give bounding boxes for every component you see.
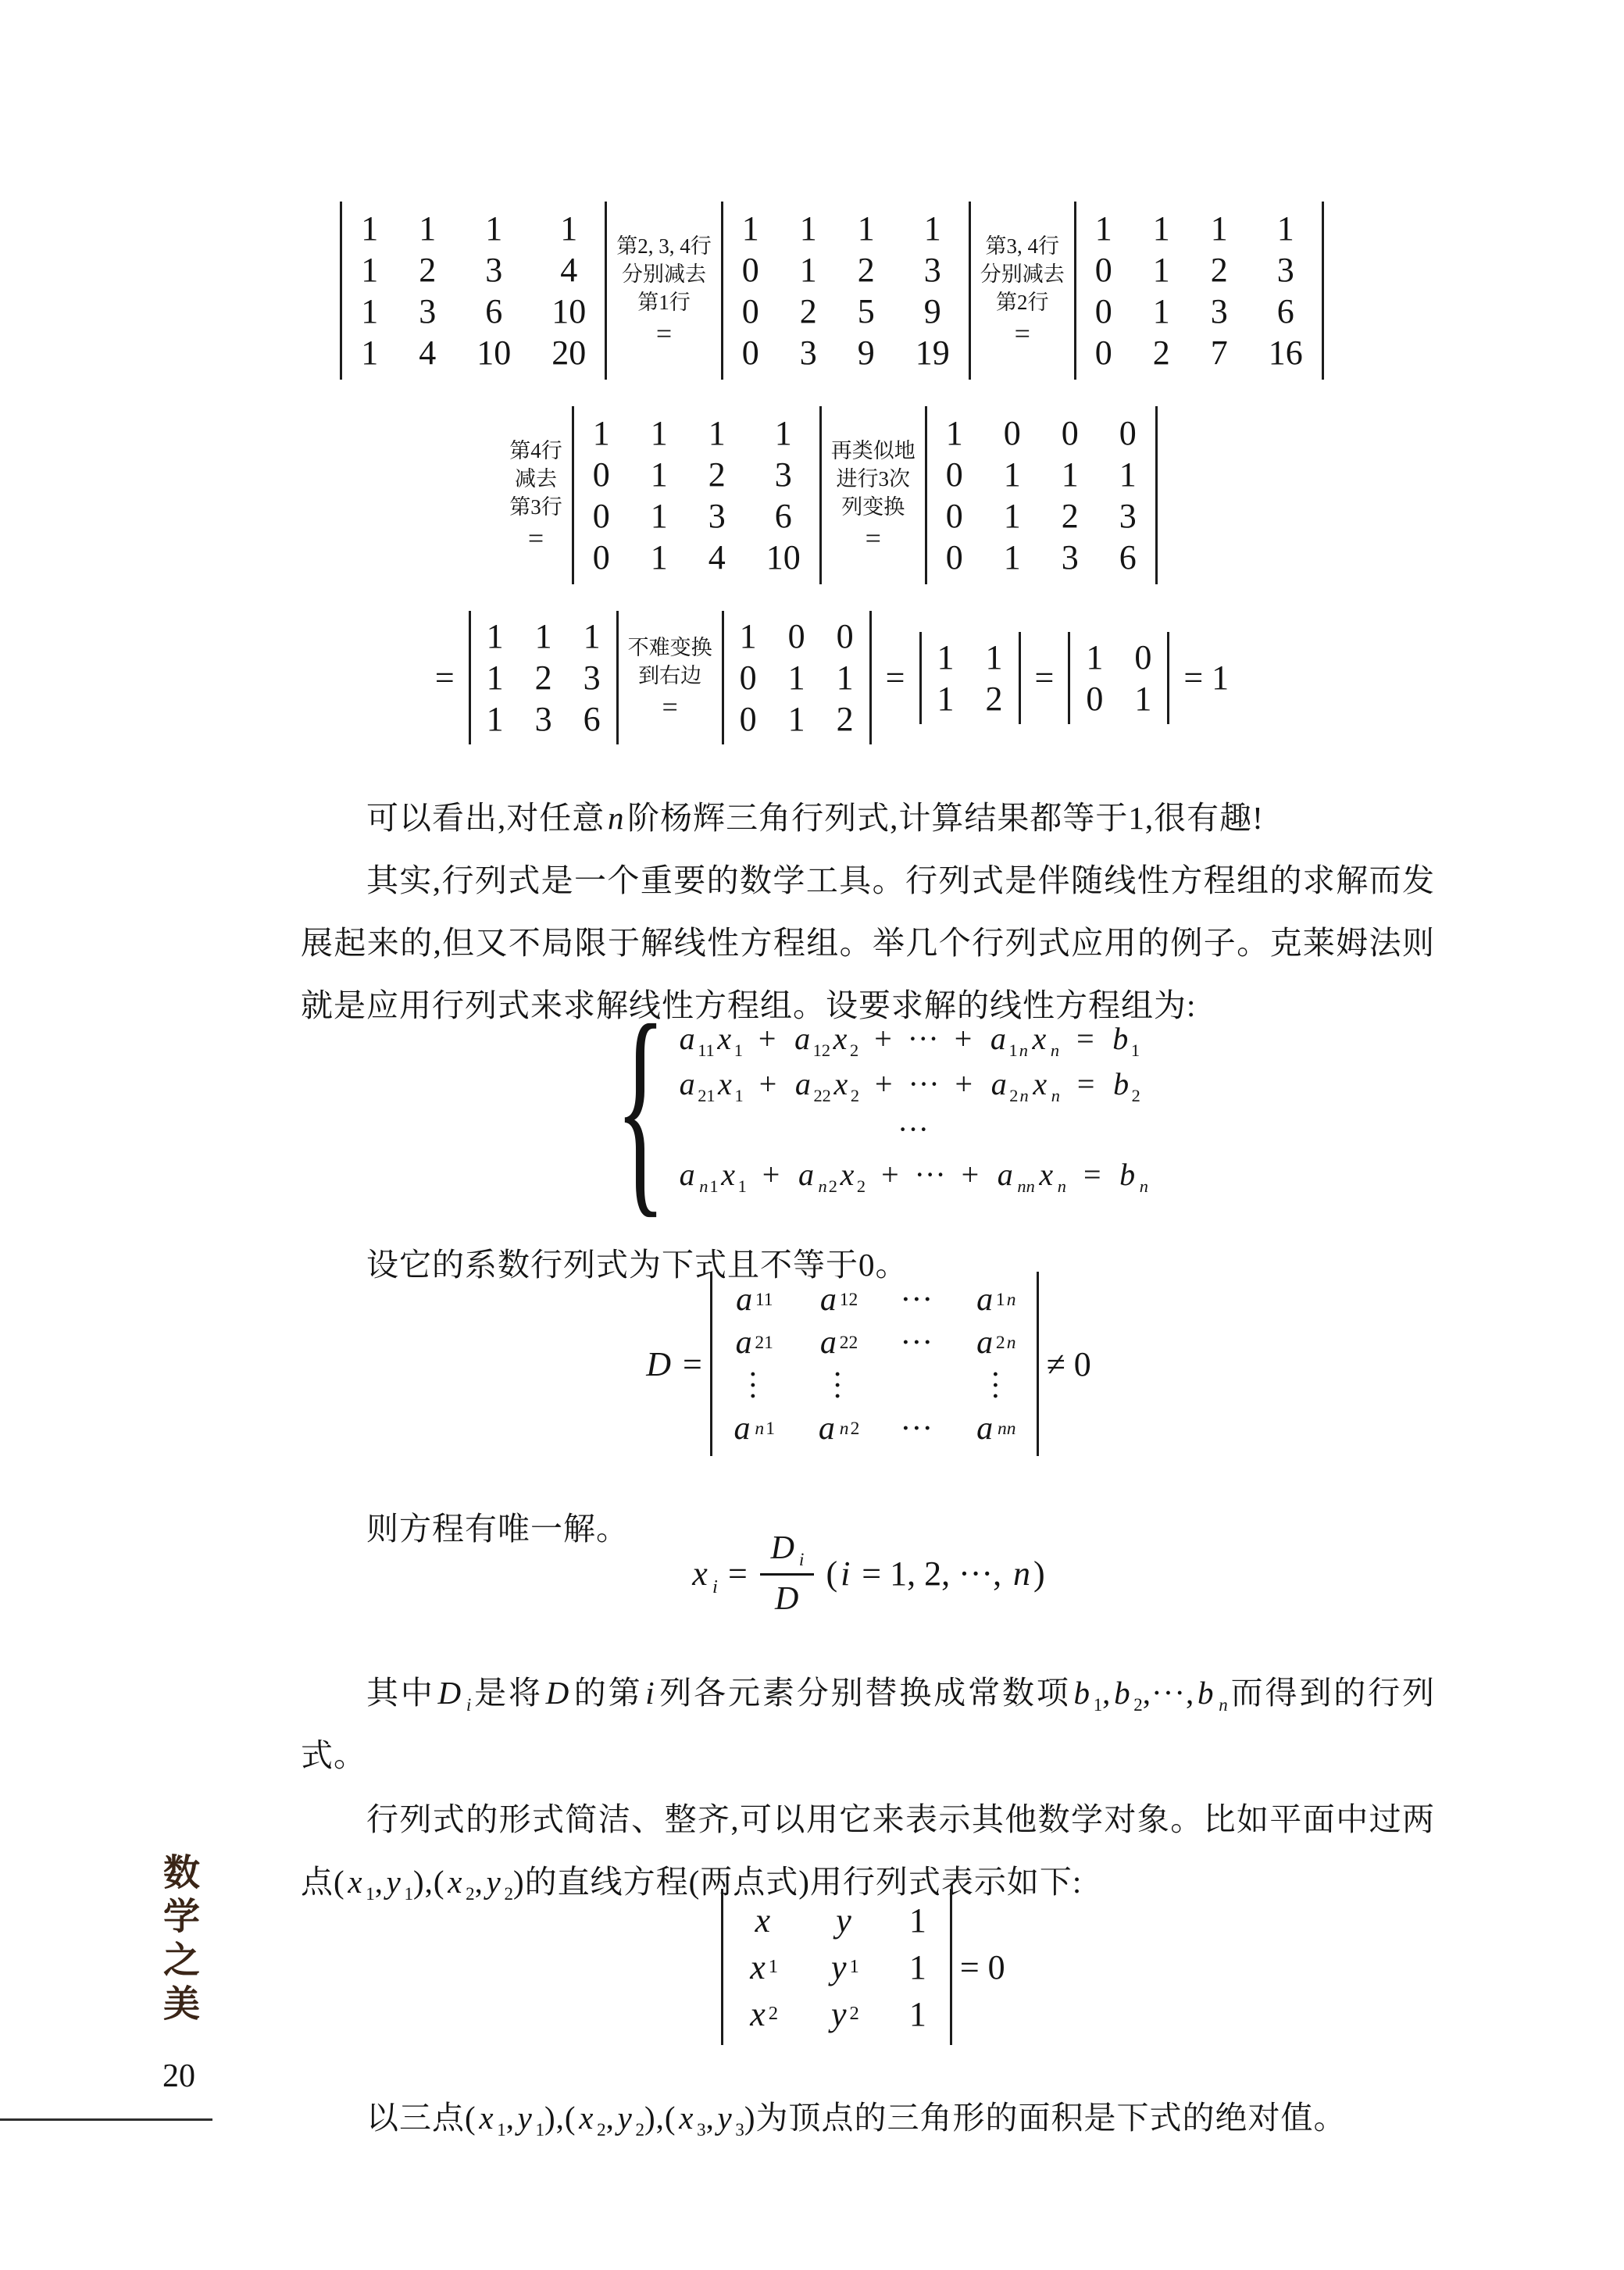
subscript: 1n [1008,1040,1029,1060]
math-variable: a [680,1157,695,1192]
determinant-cell: 1 [1211,208,1228,249]
determinant-cell: 1 [986,637,1003,678]
determinant-cell: 3 [485,249,502,291]
determinant-cell: 0 [740,698,757,740]
determinant-cell: 1 [361,291,378,332]
determinant-cell: 1 [924,208,941,249]
math-variable: a [998,1157,1013,1192]
math-variable: y [518,2100,533,2136]
annotation-line: 进行3次 [837,465,911,493]
subscript: 2 [597,2120,605,2140]
determinant-cell: 0 [1004,412,1021,454]
determinant-cell: an2 [816,1407,859,1450]
determinant-cell: 1 [1095,208,1112,249]
determinant-cell: 1 [1153,291,1170,332]
determinant-cell: 6 [775,495,792,537]
equals-sign: = [878,658,913,698]
math-variable: x [579,2100,594,2136]
determinant-cell: 1 [361,249,378,291]
determinant-cell: y2 [828,1990,859,2037]
math-variable: x [718,1066,732,1101]
determinant-cell: 2 [535,657,552,698]
determinant-cell: 1 [1119,454,1137,495]
footer-rule [0,2118,212,2121]
subscript: 1 [536,2120,544,2140]
math-variable: x [679,2100,694,2136]
determinant-cell: 10 [766,537,801,578]
math-variable: i [799,1550,805,1570]
determinant: 100011012 [722,611,872,744]
math-variable: n [1140,1176,1148,1196]
fraction-denominator: D [772,1576,801,1618]
determinant: a11a12···a1na21a22···a2n·········an1an2·… [710,1272,1039,1456]
subscript: 1 [1131,1040,1140,1060]
annotation-line: 第3, 4行 [986,232,1060,260]
row-operation-annotation: 第3, 4行分别减去第2行= [977,232,1068,349]
determinant-cell: a12 [817,1278,858,1321]
equals-sign: = [656,318,672,349]
determinant-cell: 1 [909,1897,926,1943]
system-lines: a11x1 + a12x2 + ··· + a1nxn = b1a21x1 + … [676,1016,1150,1197]
determinant-cell: 1 [584,616,601,657]
determinant-cell: 1 [740,616,757,657]
determinant-cell: 2 [800,291,817,332]
equation-line: ··· [676,1107,1150,1152]
determinant-cell: 10 [476,332,511,373]
math-variable: a [976,1281,993,1319]
determinant-cell: ··· [749,1364,757,1407]
determinant-cell: 1 [788,698,805,740]
math-variable: D [646,1345,671,1383]
determinant-cell: 3 [800,332,817,373]
determinant-cell: a21 [733,1321,773,1364]
math-variable: i [841,1554,850,1593]
determinant-cell: 4 [560,249,577,291]
math-variable: b [1119,1157,1135,1192]
determinant-cell: 5 [858,291,875,332]
determinant-cell: 1 [800,249,817,291]
math-variable: y [831,1994,847,2034]
vertical-ellipsis: ··· [749,1369,757,1402]
determinant-cell: 0 [1119,412,1137,454]
determinant-cell: 1 [1062,454,1079,495]
determinant-cell: 1 [1004,454,1021,495]
equals-sign: = 0 [952,1947,1013,1987]
linear-system: { a11x1 + a12x2 + ··· + a1nxn = b1a21x1 … [301,1009,1433,1205]
determinant-cell: 1 [909,1990,926,2037]
math-variable: x [833,1021,848,1056]
determinant-cell: 3 [924,249,941,291]
math-variable: a [819,1410,835,1447]
math-variable: n [608,800,625,836]
paragraph-conclusion: 可以看出,对任意n阶杨辉三角行列式,计算结果都等于1,很有趣! [301,787,1435,849]
determinant-cell: 0 [593,495,610,537]
subscript: 1 [1094,1695,1102,1715]
equals-sign: = [866,523,881,554]
equation-line: an1x1 + an2x2 + ··· + annxn = bn [676,1152,1150,1197]
determinant-cell: 3 [419,291,436,332]
determinant-cell: 1 [1004,537,1021,578]
determinant-cell: a2n [973,1321,1017,1364]
determinant-cell: 1 [788,657,805,698]
math-variable: x [833,1066,848,1101]
sidebar-book-title: 数学之美 [153,1853,205,2028]
math-variable: b [1113,1066,1129,1101]
math-variable: D [771,1530,794,1566]
determinant: 111123136 [469,611,619,744]
math-variable: a [820,1281,837,1319]
vertical-ellipsis: ··· [833,1369,841,1402]
math-variable: n [819,1176,827,1196]
determinant-cell: y [833,1897,854,1943]
book-page: 1111123413610141020第2, 3, 4行分别减去第1行=1111… [0,0,1624,2270]
annotation-line: 第2, 3, 4行 [616,232,712,260]
math-variable: b [1112,1021,1128,1056]
cramer-formula: xi = DiD(i = 1, 2, ···, n) [301,1529,1433,1618]
determinant-cell: ··· [833,1364,841,1407]
annotation-line: 分别减去 [980,260,1065,288]
math-variable: y [836,1901,851,1940]
determinant-cell: 1 [1153,249,1170,291]
annotation-line: 减去 [515,465,557,493]
determinant-cell: ann [973,1407,1017,1450]
subscript: n [1050,1086,1062,1105]
math-variable: x [841,1157,855,1192]
determinant-cell: 1 [1134,678,1151,719]
math-variable: i [645,1675,655,1711]
vertical-ellipsis: ··· [991,1369,999,1402]
determinant-cell: 4 [419,332,436,373]
math-variable: n [1051,1040,1059,1060]
annotation-line: 第3行 [509,493,562,521]
math-variable: a [990,1021,1006,1056]
equation-line: a21x1 + a22x2 + ··· + a2nxn = b2 [676,1062,1150,1107]
determinant-cell: 0 [946,495,963,537]
determinant-cell: 1 [1277,208,1294,249]
math-variable: n [1007,1333,1016,1353]
math-variable: nn [1017,1176,1034,1196]
determinant-cell: 1 [742,208,759,249]
annotation-line: 到右边 [638,662,701,690]
equation-line: a11x1 + a12x2 + ··· + a1nxn = b1 [676,1016,1150,1062]
determinant-cell: 0 [742,291,759,332]
fraction: DiD [760,1529,814,1618]
subscript: 1 [734,1040,743,1060]
math-variable: n [840,1419,849,1439]
determinant-cell: 1 [651,537,668,578]
row-operation-annotation: 再类似地进行3次列变换= [828,437,919,554]
annotation-line: 第2行 [996,288,1049,316]
determinant-cell: ··· [900,1407,933,1450]
determinant-cell: 1 [775,412,792,454]
determinant-cell: 16 [1269,332,1303,373]
determinant-cell: 1 [485,208,502,249]
math-variable: n [1058,1176,1066,1196]
math-variable: y [831,1947,847,1987]
math-variable: n [1013,1554,1030,1593]
determinant-cell: 1 [487,698,504,740]
determinant-cell: 1 [487,616,504,657]
determinant-cell: 1 [909,1943,926,1990]
annotation-line: 第1行 [637,288,691,316]
determinant-cell: 0 [1134,637,1151,678]
subscript: i [465,1695,473,1715]
determinant-cell: 0 [946,537,963,578]
determinant-cell: x1 [747,1943,778,1990]
math-variable: D [775,1581,798,1617]
equals-sign: ≠ 0 [1039,1344,1099,1384]
subscript: 12 [813,1040,830,1060]
determinant-cell: 1 [1086,637,1103,678]
determinant-cell: 0 [946,454,963,495]
determinant-cell: 3 [1211,291,1228,332]
determinant-cell: 3 [1062,537,1079,578]
math-variable: a [794,1021,810,1056]
determinant-cell: 1 [487,657,504,698]
determinant-cell: a22 [817,1321,858,1364]
subscript: n [1138,1176,1150,1196]
math-variable: a [680,1066,695,1101]
determinant-cell: 1 [1153,208,1170,249]
determinant-cell: 1 [837,657,854,698]
determinant-cell: 6 [1119,537,1137,578]
determinant-cell: 1 [946,412,963,454]
determinant-cell: 0 [788,616,805,657]
paragraph-di-definition: 其中Di是将D的第i列各元素分别替换成常数项b1,b2,···,bn而得到的行列… [301,1661,1435,1786]
determinant-cell: 0 [837,616,854,657]
determinant-cell: 0 [593,537,610,578]
determinant-cell: 1 [858,208,875,249]
subscript: 2 [857,1176,866,1196]
two-point-line-determinant: xy1x1y11x2y21 = 0 [301,1889,1433,2045]
determinant-cell: 1 [1004,495,1021,537]
row-operation-annotation: 不难变换到右边= [625,634,716,723]
determinant-transform-row-1: 1111123413610141020第2, 3, 4行分别减去第1行=1111… [246,202,1418,380]
determinant-cell: 4 [708,537,726,578]
determinant-cell: 1 [800,208,817,249]
determinant-cell: 9 [858,332,875,373]
determinant-cell: 1 [361,208,378,249]
determinant-cell: 6 [1277,291,1294,332]
paragraph-cramer-intro: 其实,行列式是一个重要的数学工具。行列式是伴随线性方程组的求解而发展起来的,但又… [301,849,1435,1037]
determinant-cell: 2 [986,678,1003,719]
determinant-transform-row-3: =111123136不难变换到右边=100011012=1112=1001= 1 [246,611,1418,744]
subscript: nn [1015,1176,1036,1196]
determinant-cell: x [751,1897,773,1943]
determinant-cell: 1 [651,454,668,495]
equals-sign: D = [635,1344,710,1384]
determinant-cell: 0 [742,249,759,291]
math-variable: n [755,1419,764,1439]
determinant-cell: ··· [991,1364,999,1407]
math-variable: x [692,1554,708,1593]
determinant-cell: 1 [651,412,668,454]
determinant-cell: 1 [651,495,668,537]
determinant-cell: 2 [1211,249,1228,291]
determinant-cell: ··· [900,1278,933,1321]
math-variable: x [717,1021,731,1056]
equals-sign: = [528,523,544,554]
math-variable: a [820,1324,837,1362]
equals-sign: = [1027,658,1062,698]
determinant-cell: 0 [1086,678,1103,719]
math-variable: nn [998,1419,1016,1439]
subscript: n2 [817,1176,837,1196]
math-variable: a [680,1021,695,1056]
subscript: 3 [697,2120,705,2140]
math-variable: y [718,2100,733,2136]
subscript: 11 [698,1040,715,1060]
determinant-cell: ··· [900,1321,933,1364]
determinant-cell: 2 [708,454,726,495]
determinant-cell: 0 [1062,412,1079,454]
determinant-cell: y1 [828,1943,859,1990]
determinant-cell: 2 [1062,495,1079,537]
math-variable: a [736,1324,752,1362]
determinant-cell: 2 [419,249,436,291]
equals-sign: xi = [681,1554,755,1594]
math-variable: x [750,1947,766,1987]
determinant-transform-row-2: 第4行减去第3行=11110123013601410再类似地进行3次列变换=10… [246,406,1418,584]
subscript: 2 [1133,1695,1142,1715]
subscript: 2 [635,2120,644,2140]
subscript: 1 [738,1176,747,1196]
math-variable: n [699,1176,708,1196]
determinant-cell: 3 [584,657,601,698]
math-variable: n [1219,1695,1227,1715]
determinant-cell: an1 [731,1407,775,1450]
determinant-cell: 9 [924,291,941,332]
determinant-cell: x2 [747,1990,778,2037]
determinant-cell: 3 [535,698,552,740]
math-variable: a [976,1410,993,1447]
determinant-cell: 1 [361,332,378,373]
math-variable: b [1114,1675,1131,1711]
determinant: 1112 [919,632,1021,724]
subscript: 22 [813,1086,830,1105]
determinant-cell: 1 [937,678,955,719]
math-variable: x [755,1901,770,1940]
math-variable: a [734,1410,751,1447]
determinant: 1111123413610141020 [340,202,607,380]
determinant-cell: 6 [584,698,601,740]
determinant-cell: 0 [740,657,757,698]
determinant-cell: 1 [593,412,610,454]
determinant-cell: 7 [1211,332,1228,373]
determinant: xy1x1y11x2y21 [721,1889,952,2045]
subscript: 2 [851,1086,859,1105]
math-variable: x [750,1994,766,2034]
equals-sign: = 1 [1176,658,1237,698]
math-variable: x [1033,1066,1047,1101]
subscript: 2n [1009,1086,1030,1105]
subscript: n [1049,1040,1061,1060]
math-variable: x [1039,1157,1053,1192]
subscript: n1 [698,1176,718,1196]
determinant-cell: 3 [708,495,726,537]
determinant-cell: 6 [485,291,502,332]
math-variable: x [721,1157,735,1192]
determinant-cell: 0 [1095,332,1112,373]
determinant-cell: 2 [837,698,854,740]
page-number: 20 [162,2058,195,2095]
math-variable: a [736,1281,752,1319]
annotation-line: 再类似地 [831,437,916,465]
fraction-numerator: Di [760,1529,814,1576]
linear-system-body: { a11x1 + a12x2 + ··· + a1nxn = b1a21x1 … [584,1009,1150,1205]
determinant-cell: 10 [551,291,586,332]
determinant-cell: 1 [535,616,552,657]
determinant-cell: a1n [973,1278,1017,1321]
math-variable: a [976,1324,993,1362]
math-variable: x [1033,1021,1047,1056]
math-variable: i [712,1576,718,1597]
determinant-cell: 1 [560,208,577,249]
subscript: 1 [735,1086,744,1105]
determinant-cell: 3 [1119,495,1137,537]
annotation-line: 不难变换 [628,634,712,662]
determinant: 11110123025903919 [721,202,971,380]
determinant: 1000011101230136 [925,406,1158,584]
annotation-line: 分别减去 [622,260,706,288]
subscript: 21 [698,1086,715,1105]
determinant: 1001 [1068,632,1169,724]
determinant-cell: 0 [1095,249,1112,291]
math-variable: a [798,1157,814,1192]
math-variable: i [466,1695,471,1715]
subscript: 1 [497,2120,505,2140]
math-variable: y [618,2100,633,2136]
determinant-cell: 3 [1277,249,1294,291]
subscript: i [798,1550,806,1570]
equals-sign: = [662,691,678,723]
determinant-cell: 0 [742,332,759,373]
determinant-cell: a11 [733,1278,773,1321]
determinant: 11110123013602716 [1074,202,1324,380]
determinant-cell: 2 [1153,332,1170,373]
math-variable: x [479,2100,494,2136]
math-variable: a [991,1066,1007,1101]
determinant-cell: 3 [775,454,792,495]
subscript: 3 [735,2120,744,2140]
determinant: 11110123013601410 [572,406,822,584]
math-variable: n [1019,1040,1028,1060]
equals-sign: = [427,658,462,698]
determinant-cell: 19 [916,332,950,373]
math-variable: a [795,1066,811,1101]
row-operation-annotation: 第4行减去第3行= [506,437,566,554]
equals-sign: = [1015,318,1030,349]
math-variable: n [1020,1086,1029,1105]
math-variable: n [1051,1086,1060,1105]
subscript: 2 [1132,1086,1140,1105]
math-variable: b [1074,1675,1091,1711]
subscript: n [1217,1695,1230,1715]
system-brace: { [616,1009,666,1205]
equals-sign: (i = 1, 2, ···, n) [819,1554,1053,1594]
paragraph-triangle-area: 以三点(x1,y1),(x2,y2),(x3,y3)为顶点的三角形的面积是下式的… [301,2086,1435,2149]
determinant-cell: 1 [937,637,955,678]
math-variable: D [437,1675,462,1711]
math-variable: n [1007,1290,1016,1310]
determinant-cell: 0 [593,454,610,495]
determinant-cell: 0 [1095,291,1112,332]
annotation-line: 第4行 [509,437,562,465]
subscript: 2 [850,1040,858,1060]
subscript: i [711,1576,719,1597]
row-operation-annotation: 第2, 3, 4行分别减去第1行= [613,232,715,349]
determinant-cell: 20 [551,332,586,373]
